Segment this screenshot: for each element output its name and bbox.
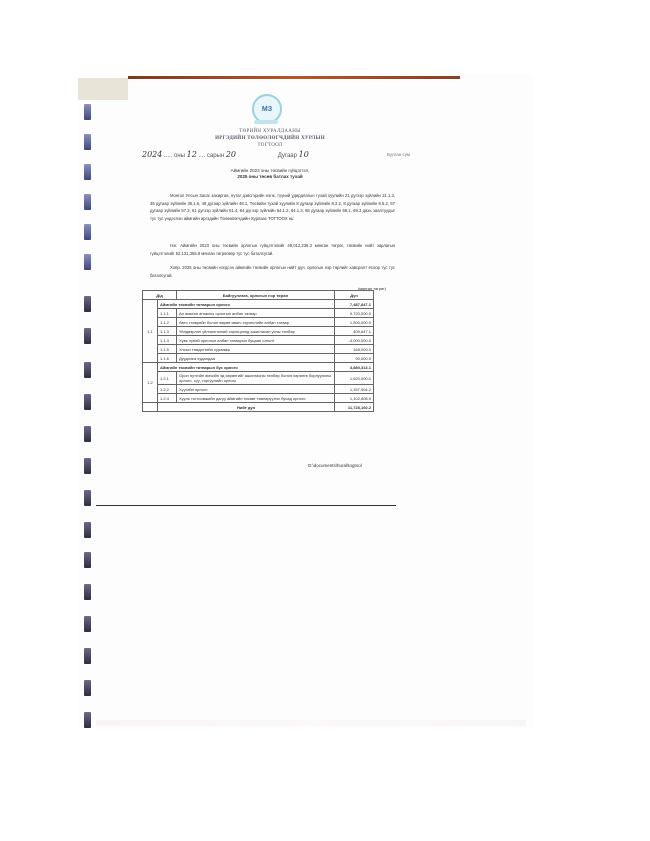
binding-hole-icon: [84, 254, 91, 270]
row-label: Хүүгийн орлого: [177, 385, 335, 394]
table-row: 1.2.4Хууль тогтоомжийн дагуу аймгийн төс…: [143, 394, 374, 403]
binding-hole-icon: [84, 648, 91, 664]
total-amount: 11,728,160.2: [335, 403, 374, 412]
table-row: 1.1.5Улсын тэмдэгтийн хураамж168,000.0: [143, 345, 374, 354]
document-place: Булган сум: [387, 152, 410, 157]
binding-hole-icon: [84, 680, 91, 696]
row-amount: 9,720,000.0: [335, 309, 374, 318]
binding-hole-icon: [84, 104, 91, 120]
binding-hole-icon: [84, 552, 91, 568]
row-label: Ан амьтан агнасны орлогын албан татвар: [177, 309, 335, 318]
table-row: 1.1.2Авто тээврийн болон өөрөө явагч хэр…: [143, 318, 374, 327]
page-bottom-line: [96, 505, 396, 506]
budget-table: Д/д Байгууллага, орлогын нэр төрөл Дүн 1…: [142, 290, 374, 412]
row-label: Улсын тэмдэгтийн хураамж: [177, 345, 335, 354]
footer-file-path: D:\documents\hural\togtool: [308, 463, 362, 468]
binding-hole-icon: [84, 362, 91, 378]
date-line: 2024 ..... оны 12 .... сарын 20 Дугаар 1…: [142, 150, 410, 159]
row-code: 1.1.3: [158, 327, 177, 336]
date-year: 2024: [142, 150, 162, 159]
binding-hole-icon: [84, 458, 91, 474]
header-label: Байгууллага, орлогын нэр төрөл: [177, 291, 335, 300]
date-day: 20: [226, 150, 236, 159]
row-amount: 3,880,313.1: [335, 363, 374, 372]
table-row: 1.2Аймгийн төсвийн татварын бус орлого3,…: [143, 363, 374, 372]
table-row: 1.1.4Хувь хүний орлогын албан татварын б…: [143, 336, 374, 345]
row-code: 1.1.4: [158, 336, 177, 345]
binding-hole-icon: [84, 712, 91, 728]
binding-hole-icon: [84, 328, 91, 344]
row-code: 1.2.4: [158, 394, 177, 403]
row-label: Үйлдвэрлэл үйлчилгээний хэрэгцээнд ашигл…: [177, 327, 335, 336]
row-amount: 90,000.0: [335, 354, 374, 363]
row-label: Хувь хүний орлогын албан татварын буцаан…: [177, 336, 335, 345]
header-amount: Дүн: [335, 291, 374, 300]
row-label: Орон нутгийн өмчийн эд хөрөнгийг ашиглас…: [177, 372, 335, 385]
row-code: 1.1.5: [158, 345, 177, 354]
row-code: 1.2.1: [158, 372, 177, 385]
document-subject: Аймгийн 2023 оны төсвийн гүйцэтгэл, 2025…: [130, 168, 410, 180]
table-total-row: Нийт дүн11,728,160.2: [143, 403, 374, 412]
header-line: ТӨРИЙН ХУРАЛДААНЫ: [130, 128, 410, 135]
table-row: 1.2.2Хүүгийн орлого1,157,904.2: [143, 385, 374, 394]
binding-hole-icon: [84, 194, 91, 210]
row-amount: 1,102,808.9: [335, 394, 374, 403]
emblem-text: МЗ: [262, 106, 272, 113]
table-header-row: Д/д Байгууллага, орлогын нэр төрөл Дүн: [143, 291, 374, 300]
paragraph-one: Нэг. Аймгийн 2023 оны төсвийн орлогын гү…: [150, 242, 395, 257]
row-amount: 168,000.0: [335, 345, 374, 354]
table-row: 1.2.1Орон нутгийн өмчийн эд хөрөнгийг аш…: [143, 372, 374, 385]
binding-hole-icon: [84, 164, 91, 180]
paragraph-two: Хоёр. 2025 оны төсвийн нэгдсэн аймгийн т…: [150, 264, 395, 279]
scan-corner-shadow: [78, 78, 128, 100]
subject-line: 2025 оны төсөв батлах тухай: [130, 174, 410, 180]
binding-hole-icon: [84, 426, 91, 442]
date-month: 12: [187, 150, 197, 159]
table-row: 1.1.6Дуудлага худалдаа90,000.0: [143, 354, 374, 363]
binding-holes: [84, 100, 98, 740]
document-header: ТӨРИЙН ХУРАЛДААНЫ ИРГЭДИЙН ТӨЛӨӨЛӨГЧДИЙН…: [130, 128, 410, 149]
row-amount: 1,500,000.0: [335, 318, 374, 327]
header-line: ИРГЭДИЙН ТӨЛӨӨЛӨГЧДИЙН ХУРЛЫН: [130, 135, 410, 142]
row-amount: 1,620,000.0: [335, 372, 374, 385]
document-number: 10: [299, 150, 309, 159]
row-amount: 409,647.1: [335, 327, 374, 336]
binding-hole-icon: [84, 394, 91, 410]
row-code: 1.2.2: [158, 385, 177, 394]
row-amount: 1,157,904.2: [335, 385, 374, 394]
total-empty-cell: [143, 403, 158, 412]
scan-top-edge: [128, 76, 460, 79]
table-row: 1.1.1Ан амьтан агнасны орлогын албан тат…: [143, 309, 374, 318]
row-code: 1.1.1: [158, 309, 177, 318]
binding-hole-icon: [84, 490, 91, 506]
row-label: Аймгийн төсвийн татварын бус орлого: [158, 363, 335, 372]
header-line: ТОГТООЛ: [130, 142, 410, 149]
row-code: 1.1.6: [158, 354, 177, 363]
binding-hole-icon: [84, 296, 91, 312]
row-group: 1.1: [143, 300, 158, 363]
row-amount: 7,487,847.1: [335, 300, 374, 309]
binding-hole-icon: [84, 522, 91, 538]
total-label: Нийт дүн: [158, 403, 335, 412]
binding-hole-icon: [84, 224, 91, 240]
table-row: 1.1Аймгийн төсвийн татварын орлого7,487,…: [143, 300, 374, 309]
row-group: 1.2: [143, 363, 158, 403]
binding-hole-icon: [84, 134, 91, 150]
row-label: Авто тээврийн болон өөрөө явагч хэрэгсли…: [177, 318, 335, 327]
table-row: 1.1.3Үйлдвэрлэл үйлчилгээний хэрэгцээнд …: [143, 327, 374, 336]
header-index: Д/д: [143, 291, 177, 300]
emblem-base: [254, 120, 278, 124]
row-label: Аймгийн төсвийн татварын орлого: [158, 300, 335, 309]
row-label: Хууль тогтоомжийн дагуу аймгийн төсөвт т…: [177, 394, 335, 403]
paragraph-preamble: Монгол Улсын Засаг захиргаа, нутаг дэвсг…: [150, 192, 395, 222]
binding-hole-icon: [84, 616, 91, 632]
row-code: 1.1.2: [158, 318, 177, 327]
binding-hole-icon: [84, 584, 91, 600]
row-amount: -4,000,000.0: [335, 336, 374, 345]
scan-bottom-edge: [96, 720, 526, 726]
row-label: Дуудлага худалдаа: [177, 354, 335, 363]
